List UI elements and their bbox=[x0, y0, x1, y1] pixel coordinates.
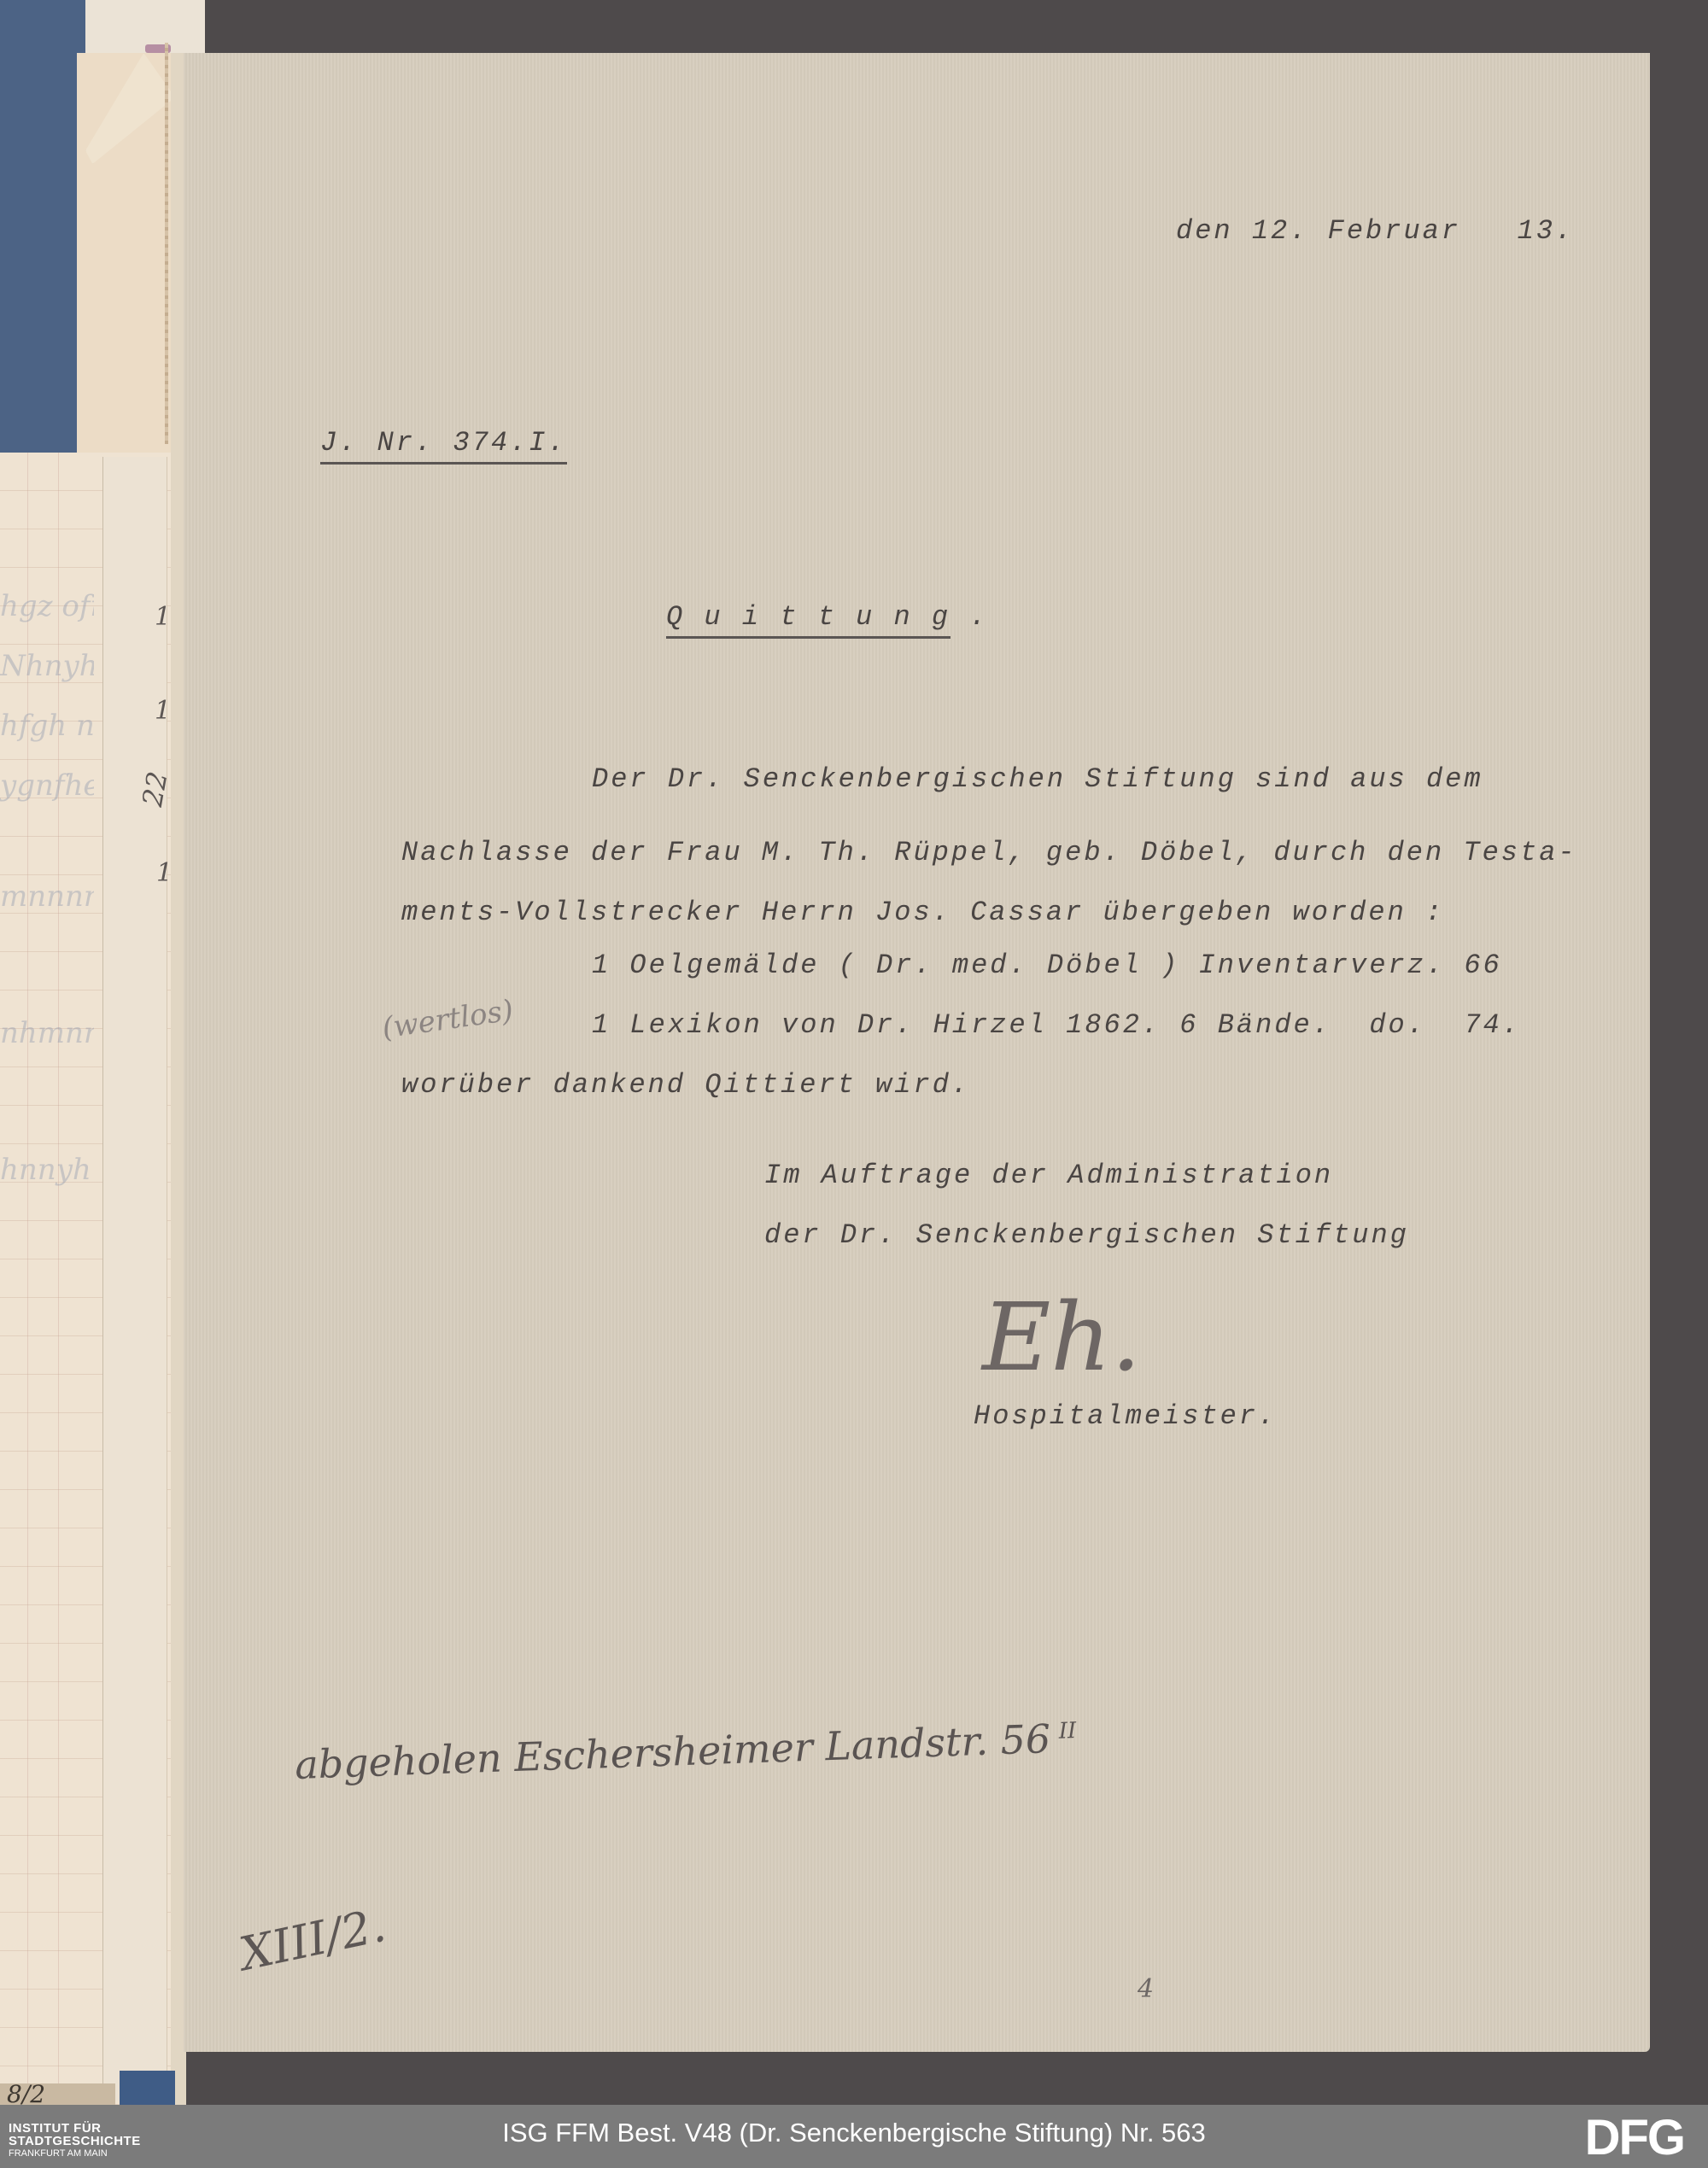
signature-block-line: der Dr. Senckenbergischen Stiftung bbox=[764, 1219, 1409, 1251]
faded-script: ygnfhe bbox=[0, 768, 94, 803]
faded-script: mnnnn bbox=[0, 879, 94, 914]
journal-number: J. Nr. 374.I. bbox=[320, 427, 567, 465]
body-line: Nachlasse der Frau M. Th. Rüppel, geb. D… bbox=[401, 837, 1577, 868]
paper-scrap: 8/2 bbox=[0, 2083, 115, 2105]
closing-line: worüber dankend Qittiert wird. bbox=[401, 1069, 970, 1101]
signature: Eh. bbox=[982, 1283, 1141, 1392]
body-line: ments-Vollstrecker Herrn Jos. Cassar übe… bbox=[401, 897, 1444, 928]
body-line: Der Dr. Senckenbergischen Stiftung sind … bbox=[592, 763, 1483, 795]
margin-mark: 22 bbox=[136, 769, 173, 809]
blue-folder-cover bbox=[0, 0, 85, 453]
institution-line3: FRANKFURT AM MAIN bbox=[9, 2149, 141, 2159]
faded-script: Nhnyh bbox=[0, 649, 94, 683]
receipt-document: den 12. Februar 13. J. Nr. 374.I. Q u i … bbox=[184, 53, 1650, 2052]
title-period: . bbox=[969, 601, 988, 633]
handwritten-note-superscript: II bbox=[1058, 1718, 1077, 1744]
faded-script: hnnyh bbox=[0, 1153, 94, 1187]
document-title: Q u i t t u n g bbox=[666, 601, 951, 639]
margin-mark: 1 bbox=[155, 696, 171, 726]
dfg-logo[interactable]: DFG bbox=[1585, 2113, 1684, 2163]
handwritten-margin-note: (wertlos) bbox=[380, 993, 516, 1045]
page-number: 4 bbox=[1138, 1974, 1154, 2004]
signature-block-line: Im Auftrage der Administration bbox=[764, 1160, 1333, 1191]
footer-bar: INSTITUT FÜR STADTGESCHICHTE FRANKFURT A… bbox=[0, 2105, 1708, 2168]
faded-script: hfgh n bbox=[0, 709, 94, 743]
inventory-item: 1 Lexikon von Dr. Hirzel 1862. 6 Bände. … bbox=[592, 1009, 1521, 1041]
handwritten-file-mark: XIII/2. bbox=[235, 1898, 389, 1981]
handwritten-note: abgeholen Eschersheimer Landstr. 56II bbox=[294, 1715, 1077, 1788]
ledger-margin-flap: 1 1 22 1 bbox=[102, 457, 167, 2101]
faded-script: hgz ofn bbox=[0, 589, 94, 623]
inventory-item: 1 Oelgemälde ( Dr. med. Döbel ) Inventar… bbox=[592, 950, 1502, 981]
blue-folder-cover-lower bbox=[120, 2071, 175, 2105]
handwritten-note-text: abgeholen Eschersheimer Landstr. 56 bbox=[294, 1715, 1051, 1788]
date-line: den 12. Februar 13. bbox=[1176, 215, 1574, 247]
archive-caption: ISG FFM Best. V48 (Dr. Senckenbergische … bbox=[0, 2118, 1708, 2148]
margin-mark: 1 bbox=[155, 602, 171, 632]
faded-script: nhmnm bbox=[0, 1016, 94, 1050]
binding-string bbox=[165, 43, 168, 444]
signatory-title: Hospitalmeister. bbox=[974, 1400, 1277, 1432]
document-title-wrap: Q u i t t u n g . bbox=[666, 601, 988, 633]
